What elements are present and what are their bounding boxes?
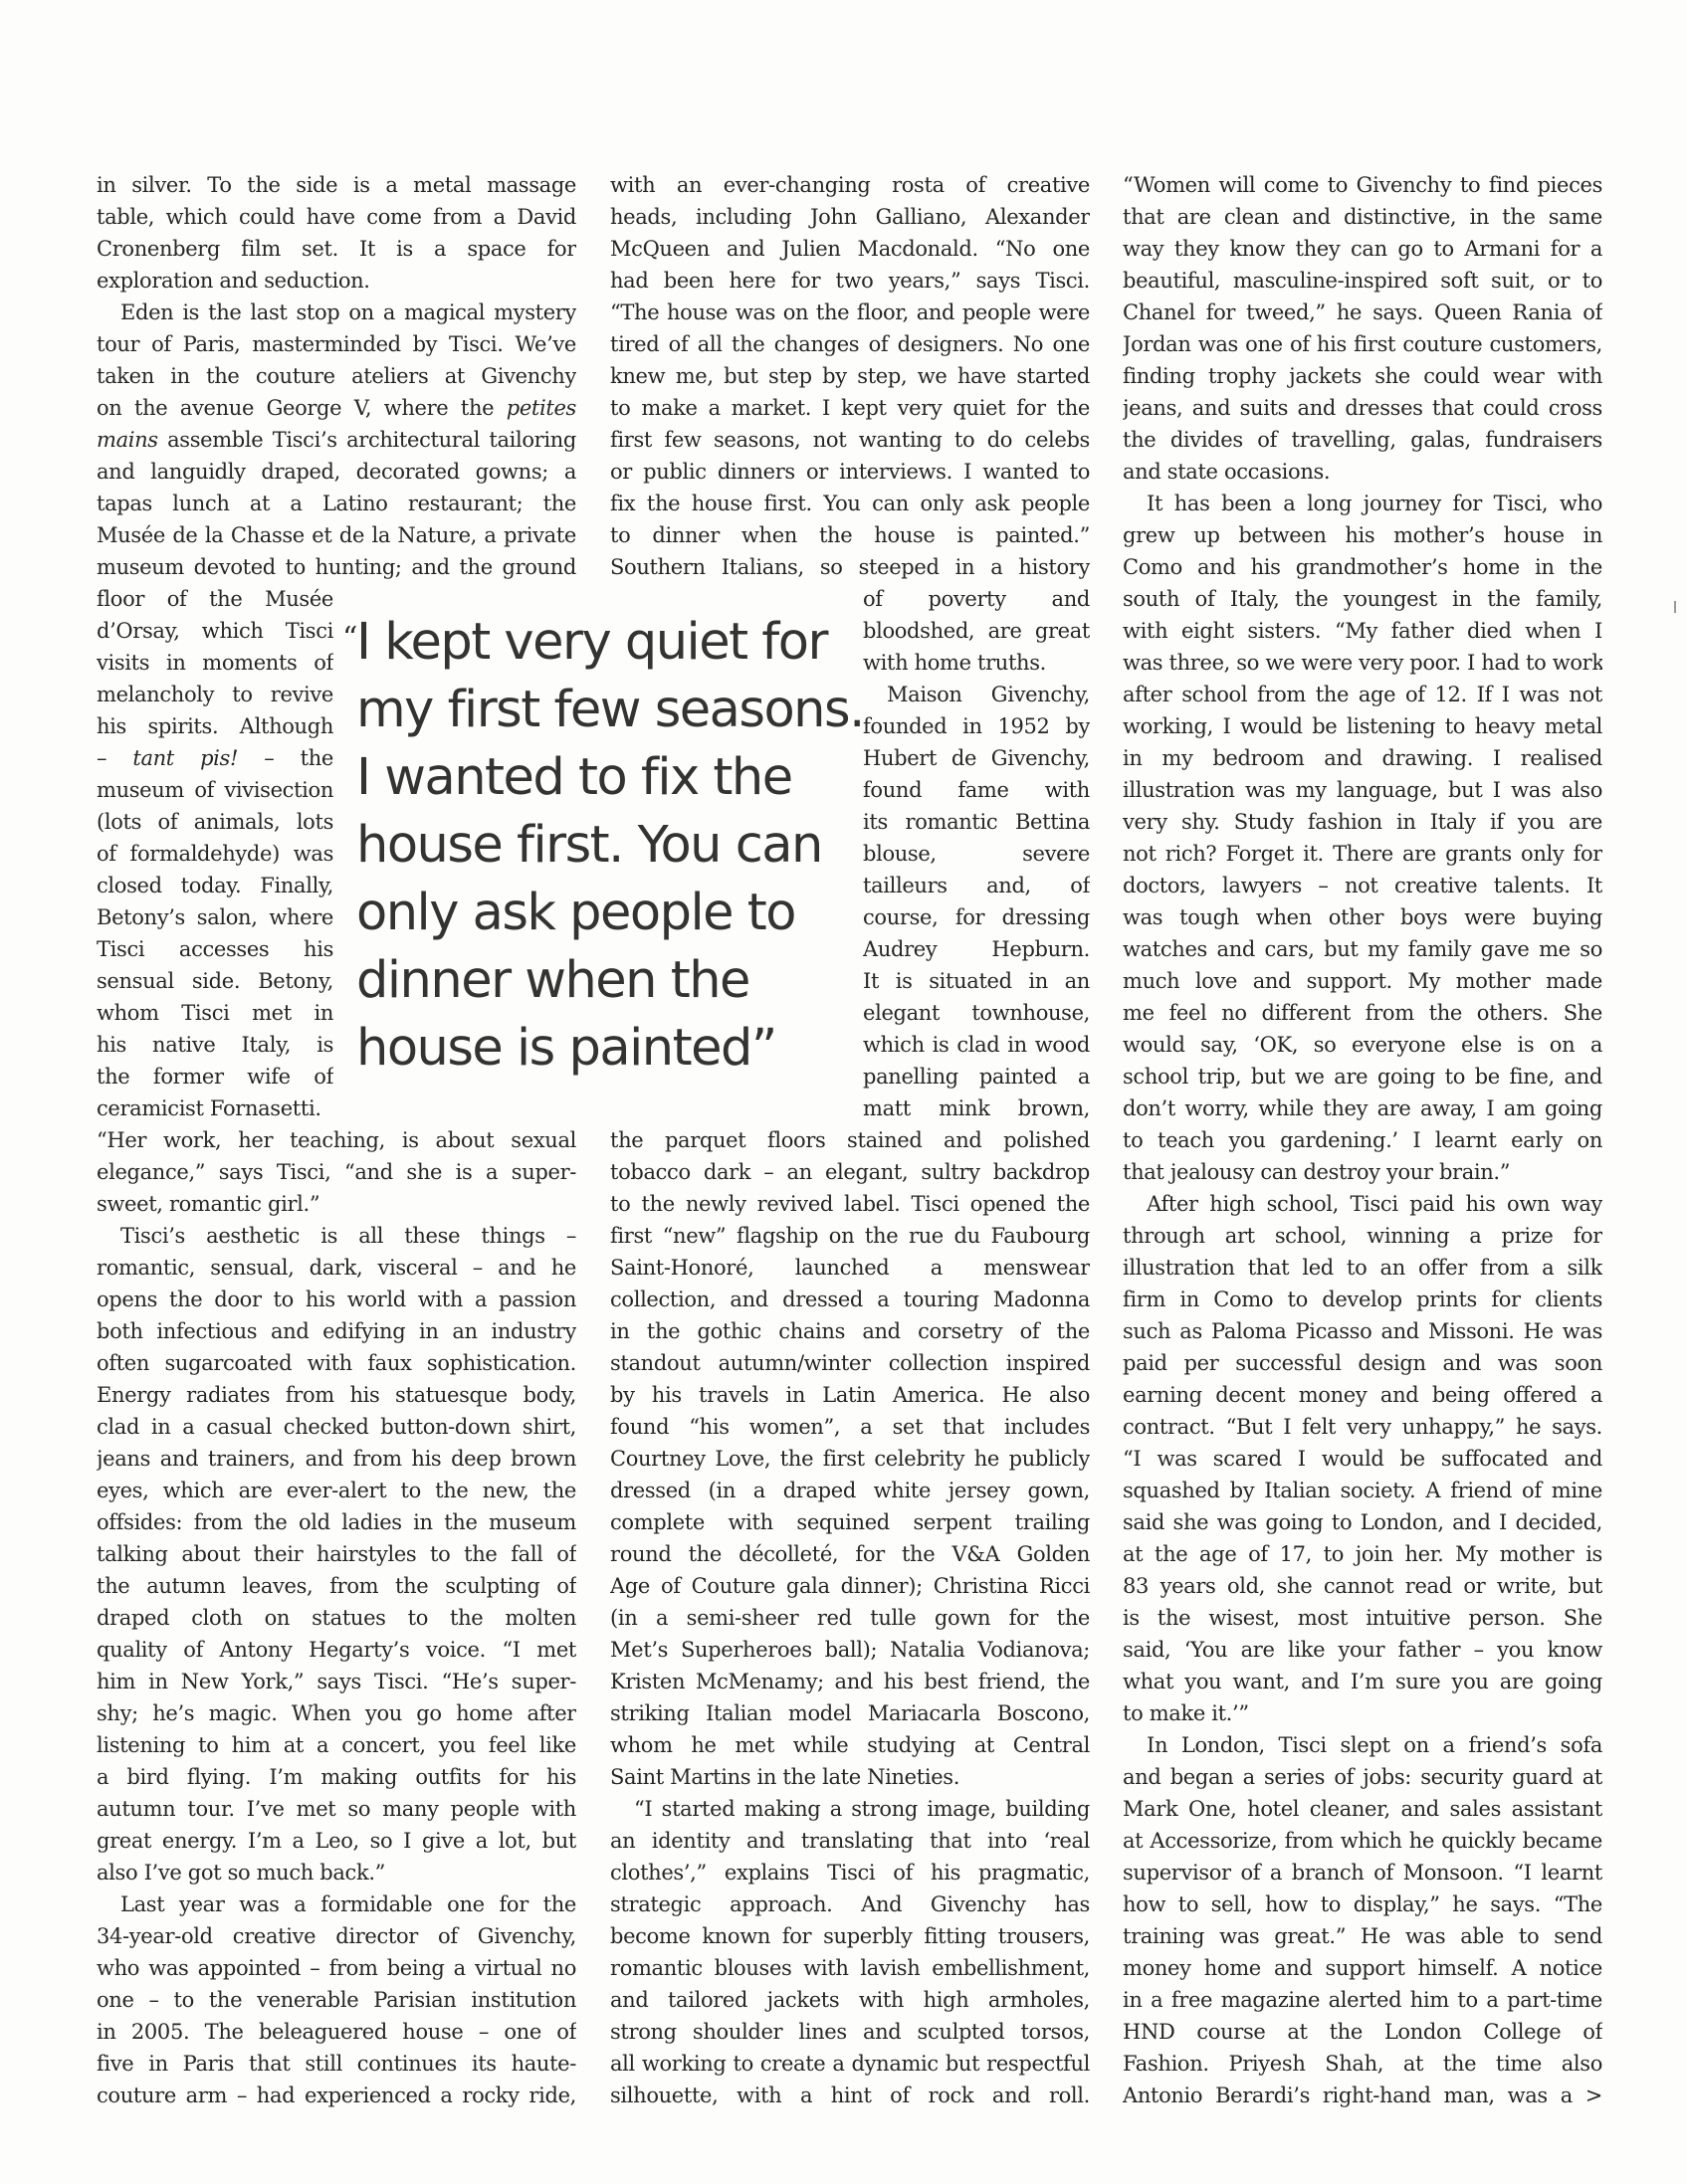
article-line: at the age of 17, to join her. My mother…	[1123, 1538, 1602, 1570]
article-line: the autumn leaves, from the sculpting of	[97, 1570, 576, 1602]
article-line: blouse, severe	[863, 838, 1090, 870]
article-line: museum of vivisection	[97, 774, 333, 806]
article-line: Eden is the last stop on a magical myste…	[97, 297, 576, 328]
article-line: an identity and translating that into ‘r…	[610, 1825, 1090, 1857]
article-line: closed today. Finally,	[97, 870, 333, 901]
article-line: In London, Tisci slept on a friend’s sof…	[1123, 1729, 1602, 1761]
article-column-2: with an ever-changing rosta of creativeh…	[610, 169, 1090, 2111]
article-line: illustration was my language, but I was …	[1123, 774, 1602, 806]
article-line: melancholy to revive	[97, 679, 333, 710]
article-line: to dinner when the house is painted.”	[610, 519, 1090, 551]
article-line: exploration and seduction.	[97, 265, 576, 297]
article-line: to make it.’”	[1123, 1697, 1602, 1729]
article-line: tailleurs and, of	[863, 870, 1090, 901]
article-line: squashed by Italian society. A friend of…	[1123, 1475, 1602, 1506]
article-line: taken in the couture ateliers at Givench…	[97, 360, 576, 392]
article-line: also I’ve got so much back.”	[97, 1857, 576, 1888]
article-line: and languidly draped, decorated gowns; a	[97, 456, 576, 488]
article-line: complete with sequined serpent trailing	[610, 1506, 1090, 1538]
article-line: Betony’s salon, where	[97, 901, 333, 933]
article-line: mains assemble Tisci’s architectural tai…	[97, 424, 576, 456]
article-line: silhouette, with a hint of rock and roll…	[610, 2080, 1090, 2111]
article-line: tired of all the changes of designers. N…	[610, 328, 1090, 360]
article-line: and state occasions.	[1123, 456, 1602, 488]
article-line: school trip, but we are going to be fine…	[1123, 1061, 1602, 1092]
italic-phrase: tant pis!	[132, 746, 238, 770]
article-line: money home and support himself. A notice	[1123, 1952, 1602, 1984]
article-line: working, I would be listening to heavy m…	[1123, 710, 1602, 742]
article-line: It is situated in an	[863, 965, 1090, 997]
article-line: Fashion. Priyesh Shah, at the time also	[1123, 2048, 1602, 2080]
article-line: Saint-Honoré, launched a menswear	[610, 1252, 1090, 1284]
article-line: McQueen and Julien Macdonald. “No one	[610, 233, 1090, 265]
article-line: draped cloth on statues to the molten	[97, 1602, 576, 1634]
article-line: (in a semi-sheer red tulle gown for the	[610, 1602, 1090, 1634]
article-line: the former wife of	[97, 1061, 333, 1092]
article-line: standout autumn/winter collection inspir…	[610, 1347, 1090, 1379]
article-line: in my bedroom and drawing. I realised	[1123, 742, 1602, 774]
article-line: such as Paloma Picasso and Missoni. He w…	[1123, 1315, 1602, 1347]
pull-quote-line: I kept very quiet for	[356, 609, 834, 677]
pull-quote-open-mark: “	[342, 605, 356, 673]
article-line: very shy. Study fashion in Italy if you …	[1123, 806, 1602, 838]
article-line: what you want, and I’m sure you are goin…	[1123, 1666, 1602, 1697]
magazine-page: in silver. To the side is a metal massag…	[0, 0, 1687, 2184]
article-line: 83 years old, she cannot read or write, …	[1123, 1570, 1602, 1602]
pull-quote-line: house is painted”	[356, 1015, 834, 1083]
article-line: and began a series of jobs: security gua…	[1123, 1761, 1602, 1793]
article-line: strategic approach. And Givenchy has	[610, 1888, 1090, 1920]
italic-phrase: petites	[507, 396, 576, 420]
article-line: at Accessorize, from which he quickly be…	[1123, 1825, 1602, 1857]
article-line: offsides: from the old ladies in the mus…	[97, 1506, 576, 1538]
article-line: Hubert de Givenchy,	[863, 742, 1090, 774]
article-line: jeans and trainers, and from his deep br…	[97, 1443, 576, 1475]
article-line: Mark One, hotel cleaner, and sales assis…	[1123, 1793, 1602, 1825]
article-line: talking about their hairstyles to the fa…	[97, 1538, 576, 1570]
article-line: great energy. I’m a Leo, so I give a lot…	[97, 1825, 576, 1857]
article-line: south of Italy, the youngest in the fami…	[1123, 583, 1602, 615]
article-line: all working to create a dynamic but resp…	[610, 2048, 1090, 2080]
article-line: d’Orsay, which Tisci	[97, 615, 333, 647]
article-line: shy; he’s magic. When you go home after	[97, 1697, 576, 1729]
article-line: Maison Givenchy,	[863, 679, 1090, 710]
article-line: or public dinners or interviews. I wante…	[610, 456, 1090, 488]
article-line: Kristen McMenamy; and his best friend, t…	[610, 1666, 1090, 1697]
article-line: said she was going to London, and I deci…	[1123, 1506, 1602, 1538]
article-line: It has been a long journey for Tisci, wh…	[1123, 488, 1602, 519]
article-line: striking Italian model Mariacarla Boscon…	[610, 1697, 1090, 1729]
article-line: his spirits. Although	[97, 710, 333, 742]
article-line: listening to him at a concert, you feel …	[97, 1729, 576, 1761]
article-line: after school from the age of 12. If I wa…	[1123, 679, 1602, 710]
article-line: in silver. To the side is a metal massag…	[97, 169, 576, 201]
article-line: on the avenue George V, where the petite…	[97, 392, 576, 424]
article-line: one – to the venerable Parisian institut…	[97, 1984, 576, 2016]
article-line: Met’s Superheroes ball); Natalia Vodiano…	[610, 1634, 1090, 1666]
article-line: of poverty and	[863, 583, 1090, 615]
article-line: knew me, but step by step, we have start…	[610, 360, 1090, 392]
article-line: elegant townhouse,	[863, 997, 1090, 1029]
article-column-3: “Women will come to Givenchy to find pie…	[1123, 169, 1602, 2111]
article-line: table, which could have come from a Davi…	[97, 201, 576, 233]
article-column-1: in silver. To the side is a metal massag…	[97, 169, 576, 2111]
article-line: museum devoted to hunting; and the groun…	[97, 551, 576, 583]
article-line: fix the house first. You can only ask pe…	[610, 488, 1090, 519]
article-line: panelling painted a	[863, 1061, 1090, 1092]
article-line: would say, ‘OK, so everyone else is on a	[1123, 1029, 1602, 1061]
article-line: the parquet floors stained and polished	[610, 1124, 1090, 1156]
pull-quote-line: dinner when the	[356, 947, 834, 1015]
article-line: first few seasons, not wanting to do cel…	[610, 424, 1090, 456]
article-line: “I was scared I would be suffocated and	[1123, 1443, 1602, 1475]
pull-quote-line: I wanted to fix the	[356, 744, 834, 812]
article-line: contract. “But I felt very unhappy,” he …	[1123, 1411, 1602, 1443]
article-line: Como and his grandmother’s home in the	[1123, 551, 1602, 583]
article-line: Musée de la Chasse et de la Nature, a pr…	[97, 519, 576, 551]
article-line: eyes, which are ever-alert to the new, t…	[97, 1475, 576, 1506]
scan-margin-mark	[1674, 601, 1676, 613]
article-line: with home truths.	[863, 647, 1090, 679]
article-line: tobacco dark – an elegant, sultry backdr…	[610, 1156, 1090, 1188]
article-line: clothes’,” explains Tisci of his pragmat…	[610, 1857, 1090, 1888]
article-line: earning decent money and being offered a	[1123, 1379, 1602, 1411]
article-line: collection, and dressed a touring Madonn…	[610, 1284, 1090, 1315]
article-line: matt mink brown,	[863, 1092, 1090, 1124]
article-line: “Her work, her teaching, is about sexual	[97, 1124, 576, 1156]
article-line: Age of Couture gala dinner); Christina R…	[610, 1570, 1090, 1602]
article-line: don’t worry, while they are away, I am g…	[1123, 1092, 1602, 1124]
article-line: which is clad in wood	[863, 1029, 1090, 1061]
article-line: in a free magazine alerted him to a part…	[1123, 1984, 1602, 2016]
article-line: dressed (in a draped white jersey gown,	[610, 1475, 1090, 1506]
article-line: After high school, Tisci paid his own wa…	[1123, 1188, 1602, 1220]
article-line: Southern Italians, so steeped in a histo…	[610, 551, 1090, 583]
article-line: finding trophy jackets she could wear wi…	[1123, 360, 1602, 392]
article-line: five in Paris that still continues its h…	[97, 2048, 576, 2080]
article-line: that jealousy can destroy your brain.”	[1123, 1156, 1602, 1188]
article-line: whom he met while studying at Central	[610, 1729, 1090, 1761]
article-line: with eight sisters. “My father died when…	[1123, 615, 1602, 647]
article-line: Courtney Love, the first celebrity he pu…	[610, 1443, 1090, 1475]
article-line: “Women will come to Givenchy to find pie…	[1123, 169, 1602, 201]
article-line: both infectious and edifying in an indus…	[97, 1315, 576, 1347]
article-line: whom Tisci met in	[97, 997, 333, 1029]
article-line: its romantic Bettina	[863, 806, 1090, 838]
article-line: me feel no different from the others. Sh…	[1123, 997, 1602, 1029]
article-line: how to sell, how to display,” he says. “…	[1123, 1888, 1602, 1920]
article-line: founded in 1952 by	[863, 710, 1090, 742]
article-line: Energy radiates from his statuesque body…	[97, 1379, 576, 1411]
article-line: found “his women”, a set that includes	[610, 1411, 1090, 1443]
article-line: Chanel for tweed,” he says. Queen Rania …	[1123, 297, 1602, 328]
article-line: way they know they can go to Armani for …	[1123, 233, 1602, 265]
article-line: – tant pis! – the	[97, 742, 333, 774]
article-line: supervisor of a branch of Monsoon. “I le…	[1123, 1857, 1602, 1888]
article-line: often sugarcoated with faux sophisticati…	[97, 1347, 576, 1379]
article-line: strong shoulder lines and sculpted torso…	[610, 2016, 1090, 2048]
article-line: grew up between his mother’s house in	[1123, 519, 1602, 551]
article-line: in 2005. The beleaguered house – one of	[97, 2016, 576, 2048]
article-line: ceramicist Fornasetti.	[97, 1092, 333, 1124]
pull-quote: “ I kept very quiet for my first few sea…	[356, 609, 834, 1083]
article-line: “I started making a strong image, buildi…	[610, 1793, 1090, 1825]
article-line: Cronenberg film set. It is a space for	[97, 233, 576, 265]
article-line: Tisci accesses his	[97, 933, 333, 965]
article-line: tapas lunch at a Latino restaurant; the	[97, 488, 576, 519]
article-line: clad in a casual checked button-down shi…	[97, 1411, 576, 1443]
article-line: his native Italy, is	[97, 1029, 333, 1061]
article-line: firm in Como to develop prints for clien…	[1123, 1284, 1602, 1315]
article-line: him in New York,” says Tisci. “He’s supe…	[97, 1666, 576, 1697]
article-line: and tailored jackets with high armholes,	[610, 1984, 1090, 2016]
article-line: that are clean and distinctive, in the s…	[1123, 201, 1602, 233]
article-line: was three, so we were very poor. I had t…	[1123, 647, 1602, 679]
article-line: a bird flying. I’m making outfits for hi…	[97, 1761, 576, 1793]
article-line: Tisci’s aesthetic is all these things –	[97, 1220, 576, 1252]
article-line: tour of Paris, masterminded by Tisci. We…	[97, 328, 576, 360]
article-line: become known for superbly fitting trouse…	[610, 1920, 1090, 1952]
article-line: beautiful, masculine-inspired soft suit,…	[1123, 265, 1602, 297]
article-line: by his travels in Latin America. He also	[610, 1379, 1090, 1411]
article-line: first “new” flagship on the rue du Faubo…	[610, 1220, 1090, 1252]
article-line: bloodshed, are great	[863, 615, 1090, 647]
article-line: elegance,” says Tisci, “and she is a sup…	[97, 1156, 576, 1188]
article-line: floor of the Musée	[97, 583, 333, 615]
article-line: through art school, winning a prize for	[1123, 1220, 1602, 1252]
article-line: much love and support. My mother made	[1123, 965, 1602, 997]
article-line: Last year was a formidable one for the	[97, 1888, 576, 1920]
article-line: with an ever-changing rosta of creative	[610, 169, 1090, 201]
article-line: illustration that led to an offer from a…	[1123, 1252, 1602, 1284]
article-line: to make a market. I kept very quiet for …	[610, 392, 1090, 424]
article-line: who was appointed – from being a virtual…	[97, 1952, 576, 1984]
article-line: said, ‘You are like your father – you kn…	[1123, 1634, 1602, 1666]
article-line: had been here for two years,” says Tisci…	[610, 265, 1090, 297]
article-line: HND course at the London College of	[1123, 2016, 1602, 2048]
article-line: visits in moments of	[97, 647, 333, 679]
article-line: (lots of animals, lots	[97, 806, 333, 838]
pull-quote-line: house first. You can	[356, 812, 834, 880]
pull-quote-line: only ask people to	[356, 880, 834, 947]
article-line: sensual side. Betony,	[97, 965, 333, 997]
article-line: Saint Martins in the late Nineties.	[610, 1761, 1090, 1793]
article-line: in the gothic chains and corsetry of the	[610, 1315, 1090, 1347]
article-line: was tough when other boys were buying	[1123, 901, 1602, 933]
article-line: romantic blouses with lavish embellishme…	[610, 1952, 1090, 1984]
article-line: of formaldehyde) was	[97, 838, 333, 870]
article-line: quality of Antony Hegarty’s voice. “I me…	[97, 1634, 576, 1666]
article-line: found fame with	[863, 774, 1090, 806]
article-line: to teach you gardening.’ I learnt early …	[1123, 1124, 1602, 1156]
article-line: Audrey Hepburn.	[863, 933, 1090, 965]
article-line: round the décolleté, for the V&A Golden	[610, 1538, 1090, 1570]
article-line: paid per successful design and was soon	[1123, 1347, 1602, 1379]
article-line: Antonio Berardi’s right-hand man, was a …	[1123, 2080, 1602, 2111]
article-line: heads, including John Galliano, Alexande…	[610, 201, 1090, 233]
article-line: couture arm – had experienced a rocky ri…	[97, 2080, 576, 2111]
article-line: doctors, lawyers – not creative talents.…	[1123, 870, 1602, 901]
article-line: course, for dressing	[863, 901, 1090, 933]
article-line: autumn tour. I’ve met so many people wit…	[97, 1793, 576, 1825]
article-line: romantic, sensual, dark, visceral – and …	[97, 1252, 576, 1284]
article-line: to the newly revived label. Tisci opened…	[610, 1188, 1090, 1220]
article-line: not rich? Forget it. There are grants on…	[1123, 838, 1602, 870]
article-line: training was great.” He was able to send	[1123, 1920, 1602, 1952]
article-line: jeans, and suits and dresses that could …	[1123, 392, 1602, 424]
italic-phrase: mains	[97, 428, 158, 452]
article-line: 34-year-old creative director of Givench…	[97, 1920, 576, 1952]
article-line: is the wisest, most intuitive person. Sh…	[1123, 1602, 1602, 1634]
pull-quote-line: my first few seasons.	[356, 677, 834, 744]
article-line: “The house was on the floor, and people …	[610, 297, 1090, 328]
article-line: sweet, romantic girl.”	[97, 1188, 576, 1220]
article-line: the divides of travelling, galas, fundra…	[1123, 424, 1602, 456]
article-line: watches and cars, but my family gave me …	[1123, 933, 1602, 965]
article-line: Jordan was one of his first couture cust…	[1123, 328, 1602, 360]
article-line: opens the door to his world with a passi…	[97, 1284, 576, 1315]
